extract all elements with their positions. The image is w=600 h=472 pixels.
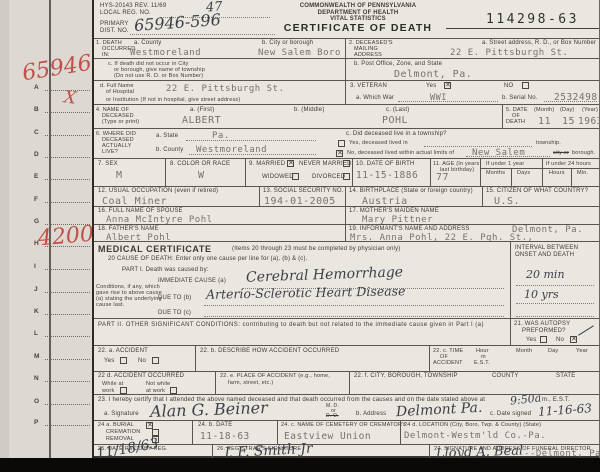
address-label: b. Address [356, 411, 386, 417]
residence-label: LIVE? [102, 149, 118, 155]
dotted-line [45, 404, 90, 405]
pen-slash [578, 325, 594, 335]
divider [480, 159, 481, 187]
cremation-label: CREMATION [106, 429, 140, 435]
middle-name-label: b. (Middle) [294, 107, 325, 113]
form-header: HYS-20143 REV. 11/69 LOCAL REG. NO. 47 P… [94, 0, 599, 38]
township-suffix-label: township. [536, 140, 561, 146]
post-office-value: Delmont, Pa. [394, 69, 472, 80]
certificate-form: HYS-20143 REV. 11/69 LOCAL REG. NO. 47 P… [92, 0, 600, 458]
divorced-checkbox [343, 173, 350, 180]
medical-certificate-subtitle: (Items 20 through 23 must be completed b… [232, 246, 400, 252]
immediate-cause-value: Cerebral Hemorrhage [246, 264, 404, 285]
row-burial: 24 a. BURIAL CREMATION REMOVAL 24. b. DA… [94, 420, 599, 444]
divider [429, 346, 430, 372]
cemetery-label: 24. c. NAME OF CEMETERY OR CREMATORY [281, 422, 406, 428]
interval-b-value: 10 yrs [524, 288, 559, 301]
due-to-b-value: Arterio-Sclerotic Heart Disease [206, 283, 406, 301]
signature-label: a. Signature [104, 411, 139, 417]
margin-line: O [34, 398, 90, 408]
margin-line: M [34, 353, 90, 363]
lived-borough-no-label: No, deceased lived within actual limits … [347, 150, 454, 156]
dotted-line [466, 155, 550, 157]
accident-no-label: No [138, 358, 146, 364]
state-value: Pa. [212, 131, 230, 141]
margin-letter: J [34, 286, 38, 293]
margin-letter: N [34, 375, 39, 382]
veteran-yes-checkbox-checked [444, 82, 451, 89]
immediate-cause-label: IMMEDIATE CAUSE (a) [158, 278, 226, 284]
residence-county-label: b. County [156, 147, 183, 153]
margin-line: I [34, 263, 90, 273]
accident-label: 22. a. ACCIDENT [98, 348, 148, 354]
not-while-at-work-checkbox [170, 387, 177, 394]
medical-certificate-section: MEDICAL CERTIFICATE (Items 20 through 23… [94, 241, 599, 318]
accident-no-checkbox [152, 357, 159, 364]
margin-line: N [34, 375, 90, 385]
serial-no-label: b. Serial No. [502, 95, 538, 101]
while-at-work-checkbox [120, 387, 127, 394]
autopsy-yes-checkbox [540, 336, 547, 343]
spouse-label: 16. FULL NAME OF SPOUSE [98, 208, 183, 214]
city-label: b. City or borough [262, 40, 313, 46]
dotted-line [516, 302, 594, 304]
margin-letter: F [34, 196, 38, 203]
death-year-value: 1963 [578, 116, 600, 127]
first-name-label: a. (First) [190, 107, 214, 113]
day-label: (Day) [560, 107, 574, 113]
street-address-label: a. Street address, R. D., or Box Number [482, 40, 596, 46]
date-of-death-label: DEATH [506, 119, 525, 125]
margin-letter: M [34, 353, 39, 360]
married-label: 9. MARRIED [249, 161, 285, 167]
which-war-value: WWI [430, 93, 447, 103]
row-father-informant: 18. FATHER'S NAME Albert Pohl 19. INFORM… [94, 224, 599, 241]
divider [511, 168, 512, 187]
margin-letter: G [34, 218, 39, 225]
lived-township-yes-checkbox [338, 140, 345, 147]
death-month-value: 11 [538, 116, 551, 127]
autopsy-label: 21. WAS AUTOPSY [514, 321, 570, 327]
accident-occurred-label: 22 d. ACCIDENT OCCURRED [98, 373, 184, 379]
accident-city-label: 22. f. CITY, BOROUGH, TOWNSHIP [354, 373, 458, 379]
accident-yes-checkbox [120, 357, 127, 364]
father-label: 18. FATHER'S NAME [98, 226, 159, 232]
min-label: Min. [577, 170, 588, 176]
row-part2-autopsy: PART II. OTHER SIGNIFICANT CONDITIONS: c… [94, 318, 599, 345]
divider [245, 159, 246, 187]
row-residence: 6. WHERE DID DECEASED ACTUALLY LIVE? a. … [94, 128, 599, 158]
divider [259, 187, 260, 207]
divider [165, 159, 166, 187]
row-township-postoffice: c. If death did not occur in City or bor… [94, 58, 599, 80]
margin-letter: O [34, 398, 39, 405]
autopsy-no-checkbox-checked [570, 336, 577, 343]
hospital-value: 22 E. Pittsburgh St. [166, 84, 284, 94]
place-of-accident-label: 22. e. PLACE OF ACCIDENT (e.g., home, [220, 373, 330, 379]
days-label: Days [517, 170, 530, 176]
dotted-line [398, 100, 498, 102]
primary-label: PRIMARY [100, 21, 129, 27]
dotted-line [45, 202, 90, 203]
dotted-line [516, 284, 594, 286]
lived-borough-no-checkbox-checked [336, 150, 343, 157]
margin-letter: C [34, 129, 39, 136]
divider [345, 59, 346, 81]
accident-state-label: STATE [556, 373, 575, 379]
widowed-label: WIDOWED [262, 174, 294, 180]
margin-letter: K [34, 308, 39, 315]
death-day-value: 15 [562, 116, 575, 127]
mother-maiden-label: 17. MOTHER'S MAIDEN NAME [349, 208, 439, 214]
est-label: E.S.T. [474, 360, 490, 366]
which-war-label: a. Which War [356, 95, 394, 101]
county-label: a. County [134, 40, 161, 46]
race-value: W [198, 170, 205, 181]
location-label: 24 d. LOCATION (City, Boro, Twp. & Count… [404, 422, 541, 428]
divider [502, 105, 503, 129]
divider [195, 346, 196, 372]
accident-yes-label: Yes [104, 358, 114, 364]
divider [571, 168, 572, 187]
dob-label: 10. DATE OF BIRTH [356, 161, 415, 167]
month-label: (Month) [534, 107, 554, 113]
sex-label: 7. SEX [98, 161, 118, 167]
birthplace-label: 14. BIRTHPLACE (State or foreign country… [349, 188, 473, 194]
row-accident: 22. a. ACCIDENT Yes No 22. b. DESCRIBE H… [94, 345, 599, 371]
year-label: Year [576, 348, 588, 354]
divider [345, 81, 346, 105]
state-label: a. State [156, 133, 178, 139]
part2-label: PART II. OTHER SIGNIFICANT CONDITIONS: c… [98, 322, 484, 328]
veteran-no-checkbox [522, 82, 529, 89]
interval-label: ONSET AND DEATH [515, 252, 574, 258]
dotted-line [45, 112, 90, 113]
location-value: Delmont-Westm'ld Co.-Pa. [404, 431, 546, 441]
margin-letter: L [34, 330, 38, 337]
certificate-title: CERTIFICATE OF DEATH [272, 25, 444, 32]
margin-line: A [34, 84, 90, 94]
last-name-label: c. (Last) [386, 107, 409, 113]
row-registration: 25. DATE REC'D BY REG. 11/18/63 26. REGI… [94, 444, 599, 458]
row-spouse-mother: 16. FULL NAME OF SPOUSE Anna McIntyre Po… [94, 206, 599, 224]
first-name-value: ALBERT [182, 115, 221, 126]
dotted-line [45, 314, 90, 315]
months-label: Months [486, 170, 505, 176]
due-to-c-label: DUE TO (c) [158, 310, 191, 316]
not-while-label: Not while [146, 381, 170, 387]
autopsy-label: PREFORMED? [522, 328, 566, 334]
medical-certificate-title: MEDICAL CERTIFICATE [98, 244, 212, 254]
divider [345, 207, 346, 225]
underline [446, 28, 599, 29]
burial-date-value: 11-18-63 [200, 431, 250, 442]
day-label: Day [548, 348, 558, 354]
serial-no-value: 2532498 [554, 92, 598, 103]
margin-letter: I [34, 263, 36, 270]
dotted-line [45, 157, 90, 158]
county-value: Westmoreland [130, 48, 201, 58]
burial-date-label: 24. b. DATE [198, 422, 232, 428]
autopsy-no-label: No [556, 337, 564, 343]
divider [542, 159, 543, 187]
dotted-line [424, 145, 532, 147]
scan-edge-left [0, 0, 9, 458]
dotted-line [516, 315, 594, 317]
sex-value: M [116, 170, 123, 181]
divider [430, 159, 431, 187]
veteran-label: 3. VETERAN [350, 83, 387, 89]
divider [510, 319, 511, 346]
dotted-line [45, 425, 90, 426]
margin-letter: D [34, 151, 39, 158]
divider [345, 187, 346, 207]
divider [192, 421, 193, 445]
dob-value: 11-15-1886 [356, 170, 418, 181]
dotted-line [45, 179, 90, 180]
residence-county-value: Westmoreland [196, 145, 267, 155]
city-or-strike-label: city or [553, 150, 569, 156]
age-value: 77 [436, 172, 449, 183]
margin-letter: A [34, 84, 39, 91]
scan-edge-bottom [0, 458, 600, 472]
divorced-label: DIVORCED [312, 174, 345, 180]
borough-suffix-label: borough. [572, 150, 595, 156]
margin-letter: B [34, 106, 39, 113]
margin-line: D [34, 151, 90, 161]
month-label: Month [516, 348, 532, 354]
ssn-label: 13. SOCIAL SECURITY NO. [263, 188, 344, 194]
hospital-note-label: or Institution (If not in hospital, give… [106, 97, 240, 103]
cemetery-value: Eastview Union [284, 431, 371, 442]
burial-checkbox-checked [146, 422, 153, 429]
margin-line: E [34, 173, 90, 183]
hospital-label: of Hospital [106, 89, 134, 95]
margin-line: B [34, 106, 90, 116]
divider [480, 168, 599, 169]
dotted-line [45, 135, 90, 136]
do-label-struck: D. O. [326, 413, 339, 419]
dotted-line [186, 139, 316, 141]
dotted-line [45, 292, 90, 293]
divider [352, 159, 353, 187]
divider [277, 421, 278, 445]
dotted-line [45, 336, 90, 337]
physician-address-value: Delmont Pa. [396, 400, 483, 420]
divider [349, 372, 350, 395]
year-label: (Year) [582, 107, 598, 113]
dotted-line [204, 315, 504, 317]
dotted-line [45, 381, 90, 382]
margin-letter: P [34, 419, 38, 426]
conditions-label: cause last. [96, 302, 125, 308]
row-occupation-ssn: 12. USUAL OCCUPATION (even if retired) C… [94, 186, 599, 206]
place-of-accident-label: farm, street, etc.) [228, 380, 273, 386]
margin-line: P [34, 419, 90, 429]
burial-label: 24 a. BURIAL [98, 422, 134, 428]
veteran-yes-label: Yes [426, 83, 436, 89]
margin-line: J [34, 286, 90, 296]
row-hospital-veteran: d. Full Name of Hospital 22 E. Pittsburg… [94, 80, 599, 104]
township-question-label: c. Did deceased live in a township? [346, 131, 447, 137]
row-name-of-deceased: 4. NAME OF DECEASED (Type or print) a. (… [94, 104, 599, 128]
date-signed-label: c. Date signed [490, 411, 531, 417]
date-signed-value: 11-16-63 [538, 401, 593, 419]
city-value: New Salem Boro [258, 48, 341, 58]
row-death-occurred: 1. DEATH OCCURRED IN: a. County Westmore… [94, 38, 599, 58]
handwritten-red-number-bottom: 4200 [37, 222, 95, 252]
veteran-no-label: NO [504, 83, 513, 89]
interval-a-value: 20 min [526, 268, 565, 281]
time-of-accident-label: 22. c. TIME [433, 348, 463, 354]
post-office-label: b. Post Office, Zone, and State [354, 61, 442, 67]
divider [212, 445, 213, 459]
lived-township-yes-label: Yes, deceased lived in [349, 140, 408, 146]
occupation-label: 12. USUAL OCCUPATION (even if retired) [98, 188, 218, 194]
margin-line: C [34, 129, 90, 139]
never-married-checkbox [343, 160, 350, 167]
certificate-number: 114298-63 [486, 12, 579, 27]
margin-letter: E [34, 173, 38, 180]
under-1-year-label: If under 1 year [486, 161, 524, 167]
divider [510, 242, 511, 319]
divider [482, 187, 483, 207]
part1-label: PART I. Death was caused by: [122, 267, 209, 273]
township-note-label: (Do not use R. D. or Box Number) [114, 73, 203, 79]
citizen-label: 15. CITIZEN OF WHAT COUNTRY? [486, 188, 588, 194]
divider [345, 225, 346, 242]
under-24-hours-label: If under 24 hours [546, 161, 591, 167]
interval-label: INTERVAL BETWEEN [515, 245, 578, 251]
race-label: 8. COLOR OR RACE [170, 161, 230, 167]
row-certification: 23. I hereby certify that I attended the… [94, 394, 599, 420]
margin-line: L [34, 330, 90, 340]
divider [215, 372, 216, 395]
physician-signature: Alan G. Beiner [150, 398, 268, 421]
married-checkbox-checked [287, 160, 294, 167]
dist-no-label: DIST. NO. [100, 28, 129, 34]
margin-line: K [34, 308, 90, 318]
hours-label: Hours [549, 170, 565, 176]
dotted-line [45, 269, 90, 270]
informant-label: 19. INFORMANT'S NAME AND ADDRESS [349, 226, 470, 232]
name-label: (Type or print) [102, 119, 139, 125]
divider [429, 445, 430, 459]
street-address-value: 22 E. Pittsburgh St. [450, 48, 568, 58]
row-sex-race-marital: 7. SEX M 8. COLOR OR RACE W 9. MARRIED N… [94, 158, 599, 186]
due-to-b-label: DUE TO (b) [158, 295, 191, 301]
time-of-accident-label: ACCIDENT [433, 360, 463, 366]
accident-county-label: COUNTY [492, 373, 519, 379]
describe-accident-label: 22. b. DESCRIBE HOW ACCIDENT OCCURRED [200, 348, 339, 354]
autopsy-yes-label: Yes [526, 337, 536, 343]
widowed-checkbox [292, 173, 299, 180]
cause-of-death-label: 20 CAUSE OF DEATH: Enter only one cause … [108, 256, 308, 262]
row-accident-place: 22 d. ACCIDENT OCCURRED While at Not whi… [94, 371, 599, 394]
dotted-line [204, 304, 504, 306]
margin-line: F [34, 196, 90, 206]
last-name-value: POHL [382, 115, 408, 126]
dotted-line [45, 359, 90, 360]
form-number: HYS-20143 REV. 11/69 [100, 3, 166, 9]
